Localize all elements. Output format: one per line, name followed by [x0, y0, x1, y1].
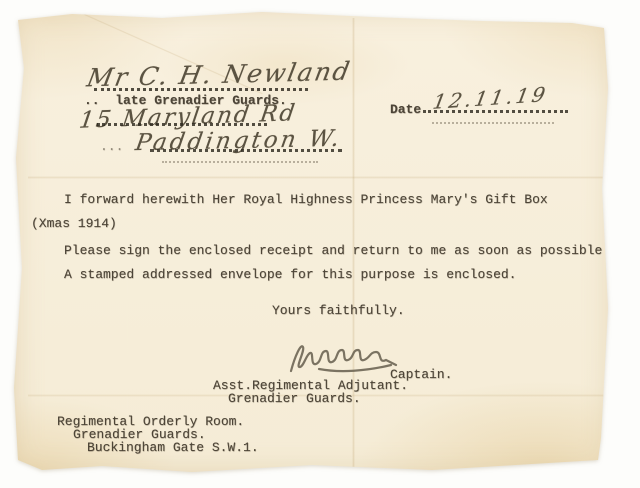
- leader-dots: ...: [100, 140, 123, 153]
- signer-title-line2: Grenadier Guards.: [228, 392, 361, 405]
- dotted-rule-date: [423, 110, 568, 113]
- faint-dot-row-date: [432, 122, 554, 124]
- body-paragraph1-line1: I forward herewith Her Royal Highness Pr…: [64, 193, 548, 206]
- dotted-rule-address1: [97, 123, 267, 126]
- valediction: Yours faithfully.: [272, 304, 405, 317]
- sender-line3: Buckingham Gate S.W.1.: [87, 441, 259, 454]
- horizontal-crease-upper: [28, 176, 620, 179]
- date-label: Date: [390, 103, 421, 116]
- body-paragraph3: A stamped addressed envelope for this pu…: [64, 268, 516, 281]
- body-paragraph2: Please sign the enclosed receipt and ret…: [64, 244, 602, 257]
- dotted-rule-name: [94, 88, 308, 91]
- dotted-rule-address2: [150, 149, 342, 152]
- faint-dot-row-address: [162, 161, 318, 163]
- body-paragraph1-line2: (Xmas 1914): [31, 217, 117, 230]
- signature-scrawl: [285, 338, 405, 378]
- scanned-letter-page: Mr C. H. Newland .. late Grenadier Guard…: [0, 0, 640, 488]
